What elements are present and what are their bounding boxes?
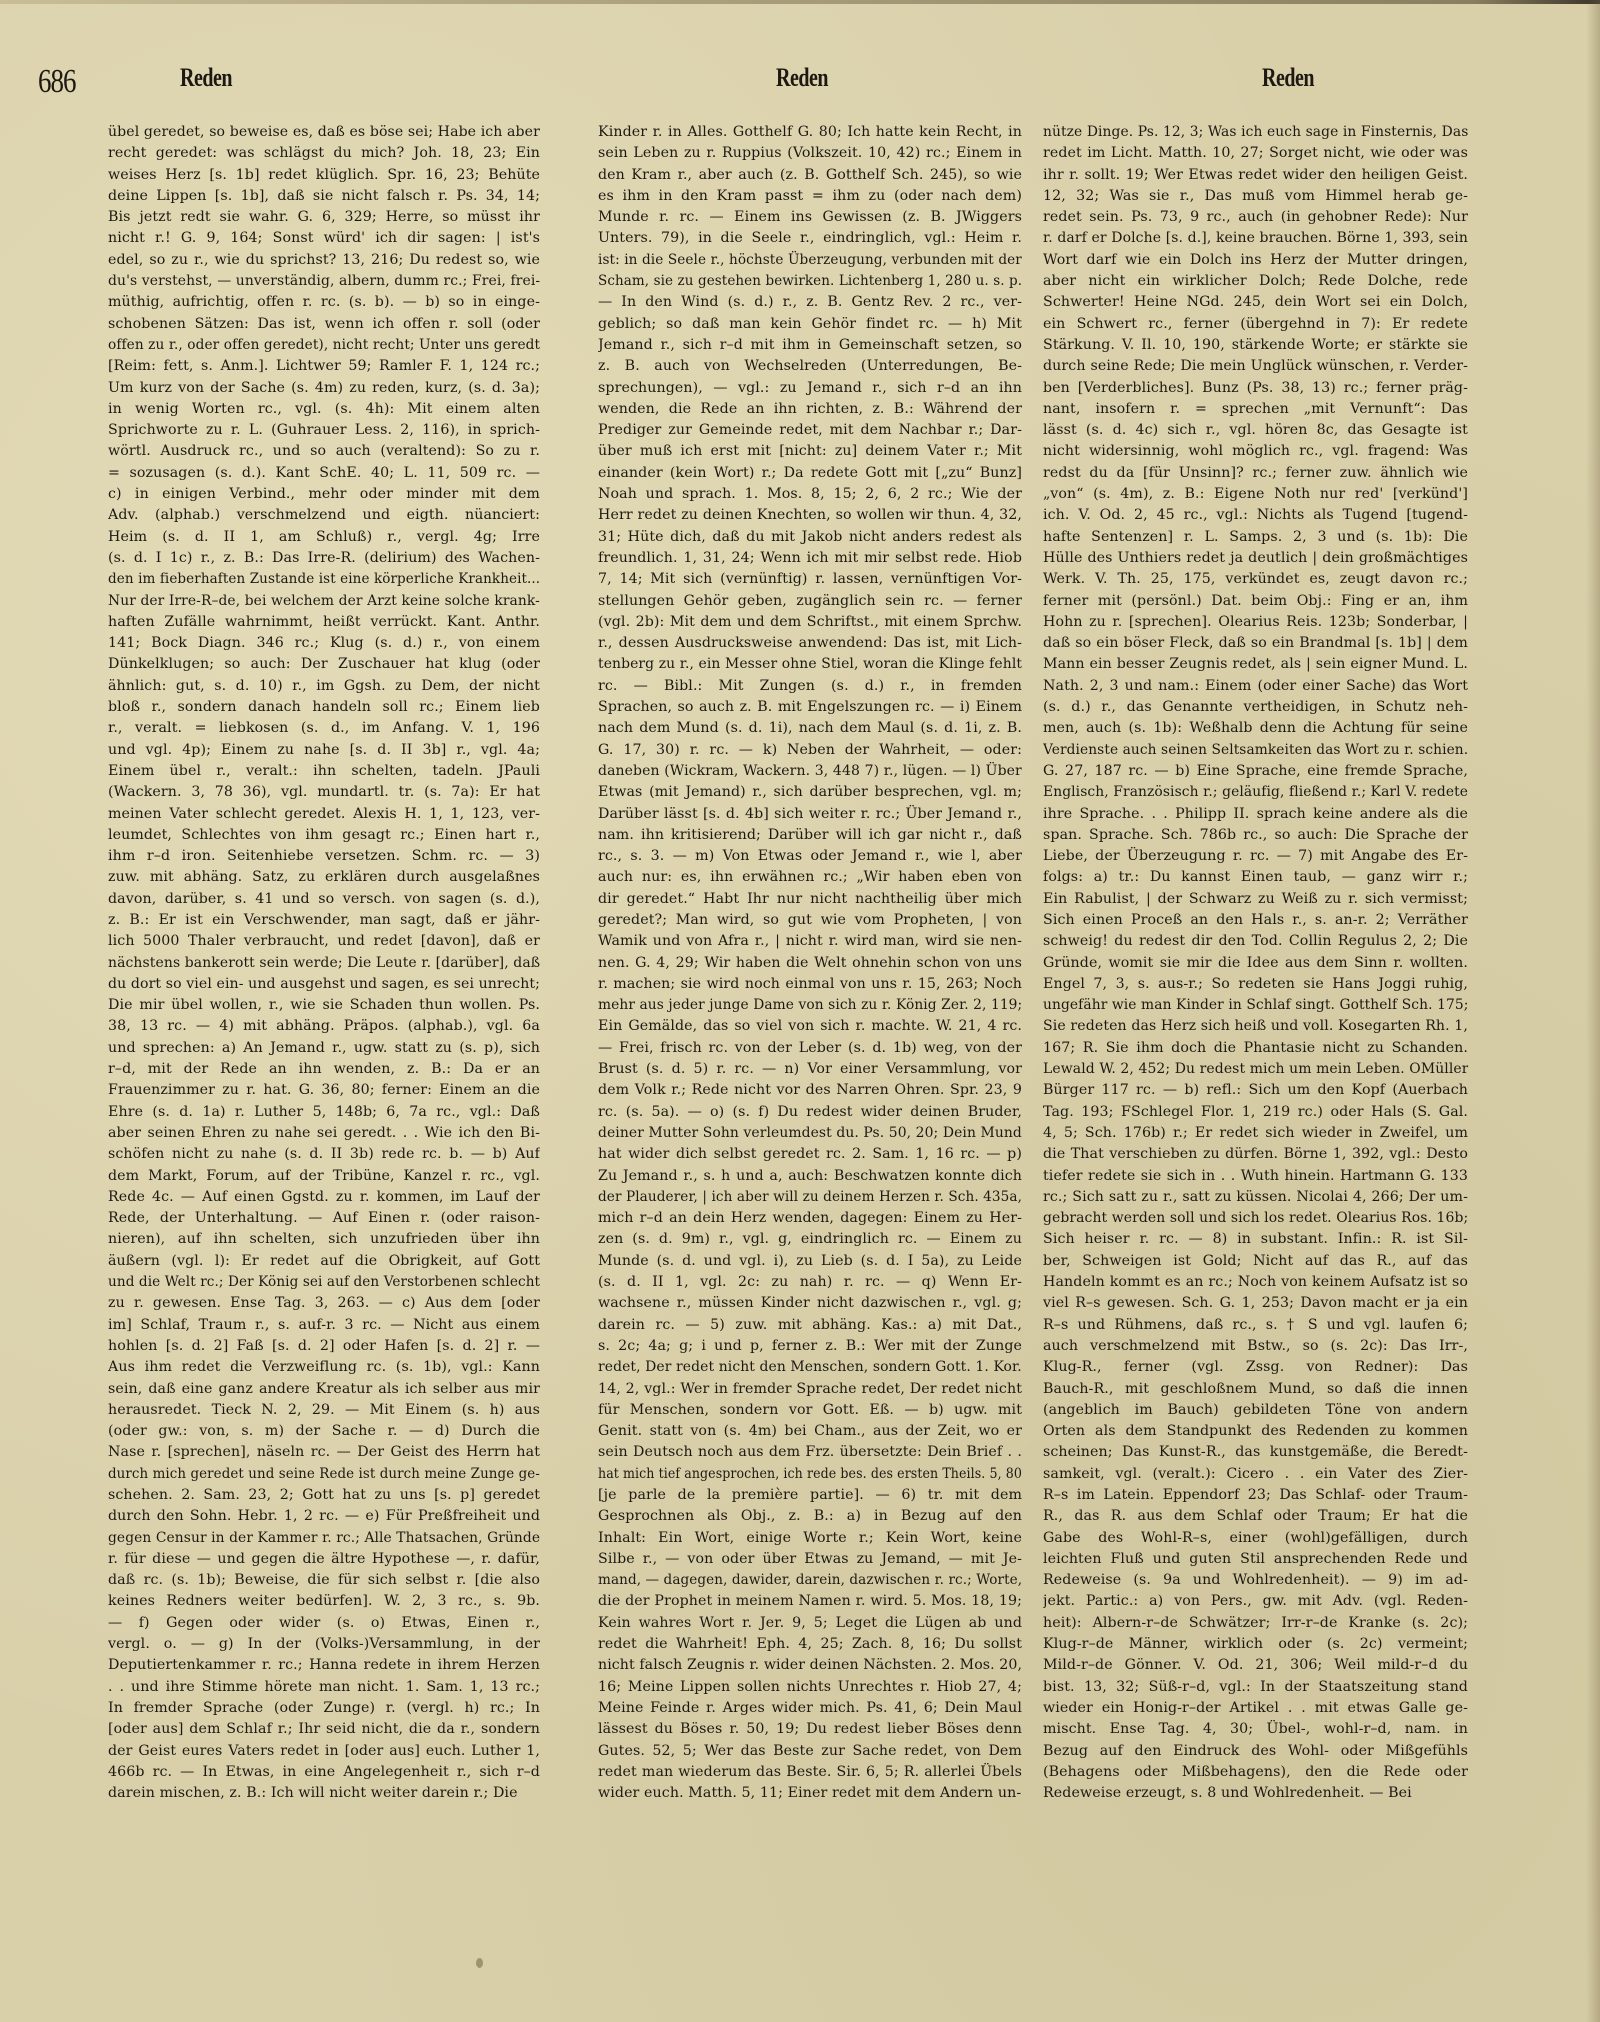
text-line: Mann ein besser Zeugnis redet, als | sei… <box>1043 654 1468 675</box>
text-line: durch mich geredet und seine Rede ist du… <box>108 1464 540 1485</box>
text-line: im] Schlaf, Traum r., s. auf-r. 3 rc. — … <box>108 1315 540 1336</box>
text-line: 38, 13 rc. — 4) mit abhäng. Präpos. (alp… <box>108 1016 540 1037</box>
text-line: rc. (s. 5a). — o) (s. f) Du redest wider… <box>598 1102 1022 1123</box>
text-line: Wamik und von Afra r., | nicht r. wird m… <box>598 931 1022 952</box>
text-line: vergl. o. — g) In der (Volks-)Versammlun… <box>108 1634 540 1655</box>
text-line: = sozusagen (s. d.). Kant SchE. 40; L. 1… <box>108 463 540 484</box>
text-line: darein mischen, z. B.: Ich will nicht we… <box>108 1783 540 1804</box>
running-head-right: Reden <box>1262 64 1314 94</box>
text-line: stellungen Gehör geben, zugänglich sein … <box>598 591 1022 612</box>
text-line: Prediger zur Gemeinde redet, mit dem Nac… <box>598 420 1022 441</box>
text-line: ihr r. sollt. 19; Wer Etwas redet wider … <box>1043 165 1468 186</box>
text-line: nütze Dinge. Ps. 12, 3; Was ich euch sag… <box>1043 122 1468 143</box>
text-line: [je parle de la première partie]. — 6) t… <box>598 1485 1022 1506</box>
text-line: Sich heiser r. rc. — 8) in substant. Inf… <box>1043 1229 1468 1250</box>
text-line: (vgl. 2b): Mit dem und dem Schriftst., m… <box>598 612 1022 633</box>
text-line: 141; Bock Diagn. 346 rc.; Klug (s. d.) r… <box>108 633 540 654</box>
text-line: R–s im Latein. Eppendorf 23; Das Schlaf-… <box>1043 1485 1468 1506</box>
text-line: Herr redet zu deinen Knechten, so wollen… <box>598 505 1022 526</box>
text-line: redet die Wahrheit! Eph. 4, 25; Zach. 8,… <box>598 1634 1022 1655</box>
text-line: Mild-r–de Gönner. V. Od. 21, 306; Weil m… <box>1043 1655 1468 1676</box>
text-line: bloß r., sondern danach handeln soll rc.… <box>108 697 540 718</box>
text-line: den Kram r., aber auch (z. B. Gotthelf S… <box>598 165 1022 186</box>
text-line: deiner Mutter Sohn verleumdest du. Ps. 5… <box>598 1123 1022 1144</box>
text-line: zuw. mit abhäng. Satz, zu erklären durch… <box>108 867 540 888</box>
text-line: r., veralt. = liebkosen (s. d., im Anfan… <box>108 718 540 739</box>
text-line: 7, 14; Mit sich (vernünftig) r. lassen, … <box>598 569 1022 590</box>
text-line: Sie redeten das Herz sich heiß und voll.… <box>1043 1016 1468 1037</box>
text-line: Tag. 193; FSchlegel Flor. 1, 219 rc.) od… <box>1043 1102 1468 1123</box>
text-line: (s. d.) r., das Genannte vertheidigen, i… <box>1043 697 1468 718</box>
text-line: Klug-r–de Männer, wirklich oder (s. 2c) … <box>1043 1634 1468 1655</box>
text-line: Handeln kommt es an rc.; Noch von keinem… <box>1043 1272 1468 1293</box>
running-head-center: Reden <box>776 64 828 94</box>
text-line: Lewald W. 2, 452; Du redest mich um mein… <box>1043 1059 1468 1080</box>
text-line: Wort darf wie ein Dolch ins Herz der Mut… <box>1043 250 1468 271</box>
text-line: 12, 32; Was sie r., Das muß vom Himmel h… <box>1043 186 1468 207</box>
text-line: rc.; Sich satt zu r., satt zu küssen. Ni… <box>1043 1187 1468 1208</box>
column-middle: Kinder r. in Alles. Gotthelf G. 80; Ich … <box>598 122 1022 1804</box>
text-line: sein, daß eine ganz andere Kreatur als i… <box>108 1379 540 1400</box>
text-line: — Frei, frisch rc. von der Leber (s. d. … <box>598 1038 1022 1059</box>
text-line: r. machen; sie wird noch einmal von uns … <box>598 974 1022 995</box>
text-line: 466b rc. — In Etwas, in eine Angelegenhe… <box>108 1762 540 1783</box>
text-line: rc., s. 3. — m) Von Etwas oder Jemand r.… <box>598 846 1022 867</box>
text-line: Silbe r., — von oder über Etwas zu Jeman… <box>598 1549 1022 1570</box>
text-line: haften Zufälle wahrnimmt, heißt verrückt… <box>108 612 540 633</box>
text-line: keines Redners weiter bedürfen]. W. 2, 3… <box>108 1591 540 1612</box>
text-line: geblich; so daß man kein Gehör findet rc… <box>598 314 1022 335</box>
running-head-left: Reden <box>180 64 232 94</box>
text-line: Bürger 117 rc. — b) refl.: Sich um den K… <box>1043 1080 1468 1101</box>
text-line: nach dem Mund (s. d. 1i), nach dem Maul … <box>598 718 1022 739</box>
text-line: ber, Schweigen ist Gold; Nicht auf das R… <box>1043 1251 1468 1272</box>
text-line: (oder gw.: von, s. m) der Sache r. — d) … <box>108 1421 540 1442</box>
text-line: der Geist eures Vaters redet in [oder au… <box>108 1741 540 1762</box>
text-line: nicht r.! G. 9, 164; Sonst würd' ich dir… <box>108 228 540 249</box>
text-line: herausredet. Tieck N. 2, 29. — Mit Einem… <box>108 1400 540 1421</box>
text-line: 167; R. Sie ihm doch die Phantasie nicht… <box>1043 1038 1468 1059</box>
text-line: daß so ein böser Fleck, daß so ein Brand… <box>1043 633 1468 654</box>
text-line: übel geredet, so beweise es, daß es böse… <box>108 122 540 143</box>
text-line: Schwerter! Heine NGd. 245, dein Wort sei… <box>1043 292 1468 313</box>
text-line: In fremder Sprache (oder Zunge) r. (verg… <box>108 1698 540 1719</box>
text-line: Klug-R., ferner (vgl. Zssg. von Redner):… <box>1043 1357 1468 1378</box>
text-line: Frauenzimmer zu r. hat. G. 36, 80; ferne… <box>108 1080 540 1101</box>
text-line: durch seine Rede; Die mein Unglück wünsc… <box>1043 356 1468 377</box>
text-line: gegen Censur in der Kammer r. rc.; Alle … <box>108 1528 540 1549</box>
text-line: schobenen Sätzen: Das ist, wenn ich offe… <box>108 314 540 335</box>
text-line: sprechungen), — vgl.: zu Jemand r., sich… <box>598 378 1022 399</box>
text-line: heit): Albern-r–de Schwätzer; Irr-r–de K… <box>1043 1613 1468 1634</box>
page-number: 686 <box>38 62 76 101</box>
text-line: ein Schwert rc., ferner (übergehnd in 7)… <box>1043 314 1468 335</box>
text-line: Die mir übel wollen, r., wie sie Schaden… <box>108 995 540 1016</box>
text-line: 31; Hüte dich, daß du mit Jakob nicht an… <box>598 527 1022 548</box>
text-line: Darüber lässt [s. d. 4b] sich weiter r. … <box>598 804 1022 825</box>
text-line: du's verstehst, — unverständig, albern, … <box>108 271 540 292</box>
text-line: der Plauderer, | ich aber will zu deinem… <box>598 1187 1022 1208</box>
text-line: Unters. 79), in die Seele r., eindringli… <box>598 228 1022 249</box>
text-line: mischt. Ense Tag. 4, 30; Übel-, wohl-r–d… <box>1043 1719 1468 1740</box>
text-line: mich r–d an dein Herz wenden, dagegen: E… <box>598 1208 1022 1229</box>
text-line: Ein Gemälde, das so viel von sich r. mac… <box>598 1016 1022 1037</box>
page-top-edge <box>0 0 1600 4</box>
text-line: die der Prophet in meinem Namen r. wird.… <box>598 1591 1022 1612</box>
text-line: mehr aus jeder junge Dame von sich zu r.… <box>598 995 1022 1016</box>
text-line: Brust (s. d. 5) r. rc. — n) Vor einer Ve… <box>598 1059 1022 1080</box>
text-line: nieren), auf ihn schelten, sich unzufrie… <box>108 1229 540 1250</box>
text-line: Deputiertenkammer r. rc.; Hanna redete i… <box>108 1655 540 1676</box>
text-line: Gesprochnen als Obj., z. B.: a) in Bezug… <box>598 1506 1022 1527</box>
text-line: mand, — dagegen, dawider, darein, dazwis… <box>598 1570 1022 1591</box>
text-line: Stärkung. V. Il. 10, 190, stärkende Wort… <box>1043 335 1468 356</box>
text-line: Orten als dem Standpunkt des Redenden zu… <box>1043 1421 1468 1442</box>
text-line: scheinen; Das Kunst-R., das kunstgemäße,… <box>1043 1442 1468 1463</box>
text-line: Adv. (alphab.) verschmelzend und eigth. … <box>108 505 540 526</box>
text-line: Gabe des Wohl-R–s, einer (wohl)gefällige… <box>1043 1528 1468 1549</box>
text-line: schöfen nicht zu nahe (s. d. II 3b) rede… <box>108 1144 540 1165</box>
text-line: durch den Sohn. Hebr. 1, 2 rc. — e) Für … <box>108 1506 540 1527</box>
text-line: auch nur: es, ihn erwähnen rc.; „Wir hab… <box>598 867 1022 888</box>
text-line: Sprachen, so auch z. B. mit Engelszungen… <box>598 697 1022 718</box>
text-line: Engel 7, 3, s. aus-r.; So redeten sie Ha… <box>1043 974 1468 995</box>
text-line: wenden, die Rede an ihn richten, z. B.: … <box>598 399 1022 420</box>
text-line: redet, Der redet nicht den Menschen, son… <box>598 1357 1022 1378</box>
text-line: nicht widersinnig, wohl möglich rc., vgl… <box>1043 441 1468 462</box>
text-line: leichten Fluß und guten Stil ansprechend… <box>1043 1549 1468 1570</box>
text-line: hohlen [s. d. 2] Faß [s. d. 2] oder Hafe… <box>108 1336 540 1357</box>
text-line: und sprechen: a) An Jemand r., ugw. stat… <box>108 1038 540 1059</box>
text-line: du dort so viel ein- und ausgehst und sa… <box>108 974 540 995</box>
text-line: Liebe, der Überzeugung r. rc. — 7) mit A… <box>1043 846 1468 867</box>
text-line: daneben (Wickram, Wackern. 3, 448 7) r.,… <box>598 761 1022 782</box>
text-line: aber nicht ein wirklicher Dolch; Rede Do… <box>1043 271 1468 292</box>
text-line: es ihm in den Kram passt = ihm zu (oder … <box>598 186 1022 207</box>
text-line: (Wackern. 3, 78 36), vgl. mundartl. tr. … <box>108 782 540 803</box>
text-line: Sich einen Proceß an den Hals r., s. an-… <box>1043 910 1468 931</box>
text-line: — f) Gegen oder wider (s. o) Etwas, Eine… <box>108 1613 540 1634</box>
page-right-edge-shadow <box>1586 0 1600 2022</box>
text-line: meinen Vater schlecht geredet. Alexis H.… <box>108 804 540 825</box>
text-line: nam. ihn kritisierend; Darüber will ich … <box>598 825 1022 846</box>
text-line: den im fieberhaften Zustande ist eine kö… <box>108 569 540 590</box>
text-line: Verdienste auch seinen Seltsamkeiten das… <box>1043 740 1468 761</box>
text-line: Gründe, womit sie mir die Idee aus dem S… <box>1043 953 1468 974</box>
text-line: rc. — Bibl.: Mit Zungen (s. d.) r., in f… <box>598 676 1022 697</box>
text-line: davon, darüber, s. 41 und so versch. von… <box>108 889 540 910</box>
text-line: gebracht werden soll und sich los redet.… <box>1043 1208 1468 1229</box>
text-line: Englisch, Französisch r.; geläufig, flie… <box>1043 782 1468 803</box>
text-line: „von“ (s. 4m), z. B.: Eigene Noth nur re… <box>1043 484 1468 505</box>
text-line: redet sein. Ps. 73, 9 rc., auch (in geho… <box>1043 207 1468 228</box>
text-line: nen. G. 4, 29; Wir haben die Welt ohnehi… <box>598 953 1022 974</box>
text-line: ihre Sprache. . . Philipp II. sprach kei… <box>1043 804 1468 825</box>
text-line: wider euch. Matth. 5, 11; Einer redet mi… <box>598 1783 1022 1804</box>
text-line: über muß ich erst mit [nicht: zu] deinem… <box>598 441 1022 462</box>
text-line: darein rc. — 5) zuw. mit abhäng. Kas.: a… <box>598 1315 1022 1336</box>
column-right: nütze Dinge. Ps. 12, 3; Was ich euch sag… <box>1043 122 1468 1804</box>
text-line: Werk. V. Th. 25, 175, verkündet es, zeug… <box>1043 569 1468 590</box>
text-line: G. 17, 30) r. rc. — k) Neben der Wahrhei… <box>598 740 1022 761</box>
text-line: ist: in die Seele r., höchste Überzeugun… <box>598 250 1022 271</box>
text-line: lich 5000 Thaler verbraucht, und redet [… <box>108 931 540 952</box>
text-line: ihm r–d iron. Seitenhiebe versetzen. Sch… <box>108 846 540 867</box>
text-line: Nath. 2, 3 und nam.: Einem (oder einer S… <box>1043 676 1468 697</box>
text-line: (angeblich im Bauch) gebildeten Töne von… <box>1043 1400 1468 1421</box>
text-line: tiefer redete sie sich in . . Wuth hinei… <box>1043 1166 1468 1187</box>
text-line: wieder ein Honig-r–der Artikel . . mit e… <box>1043 1698 1468 1719</box>
text-line: Munde (s. d. und vgl. i), zu Lieb (s. d.… <box>598 1251 1022 1272</box>
text-line: 14, 2, vgl.: Wer in fremder Sprache rede… <box>598 1379 1022 1400</box>
text-line: die That verschieben zu dürfen. Börne 1,… <box>1043 1144 1468 1165</box>
text-line: lässt (s. d. 4c) sich r., vgl. hören 8c,… <box>1043 420 1468 441</box>
text-line: Heim (s. d. II 1, am Schluß) r., vergl. … <box>108 527 540 548</box>
text-line: redet im Licht. Matth. 10, 27; Sorget ni… <box>1043 143 1468 164</box>
text-line: Nase r. [sprechen], näseln rc. — Der Gei… <box>108 1442 540 1463</box>
text-line: sein Deutsch noch aus dem Frz. übersetzt… <box>598 1442 1022 1463</box>
text-line: . . und ihre Stimme hörete man nicht. 1.… <box>108 1677 540 1698</box>
text-line: zen (s. d. 9m) r., vgl. g, eindringlich … <box>598 1229 1022 1250</box>
text-line: samkeit, vgl. (veralt.): Cicero . . ein … <box>1043 1464 1468 1485</box>
text-line: hat mich tief angesprochen, ich rede bes… <box>598 1464 1022 1485</box>
text-line: r., dessen Ausdrucksweise anwendend: Das… <box>598 633 1022 654</box>
text-line: Meine Feinde r. Arges wider mich. Ps. 41… <box>598 1698 1022 1719</box>
paper-stain <box>476 1958 483 1968</box>
text-line: Kein wahres Wort r. Jer. 9, 5; Leget die… <box>598 1613 1022 1634</box>
text-line: Dünkelklugen; so auch: Der Zuschauer hat… <box>108 654 540 675</box>
text-line: z. B.: Er ist ein Verschwender, man sagt… <box>108 910 540 931</box>
text-line: und vgl. 4p); Einem zu nahe [s. d. II 3b… <box>108 740 540 761</box>
text-line: [oder aus] dem Schlaf r.; Ihr seid nicht… <box>108 1719 540 1740</box>
text-line: ich. V. Od. 2, 45 rc., vgl.: Nichts als … <box>1043 505 1468 526</box>
text-line: nicht falsch Zeugnis r. wider deinen Näc… <box>598 1655 1022 1676</box>
text-line: R–s und Rühmens, daß rc., s. † S und vgl… <box>1043 1315 1468 1336</box>
text-line: viel R–s gewesen. Sch. G. 1, 253; Davon … <box>1043 1293 1468 1314</box>
text-line: und die Welt rc.; Der König sei auf den … <box>108 1272 540 1293</box>
text-line: (s. d. I 1c) r., z. B.: Das Irre-R. (del… <box>108 548 540 569</box>
text-line: Hülle des Unthiers redet ja deutlich | d… <box>1043 548 1468 569</box>
text-line: s. 2c; 4a; g; i und p, ferner z. B.: Wer… <box>598 1336 1022 1357</box>
text-line: Redeweise (s. 9a und Wohlredenheit). — 9… <box>1043 1570 1468 1591</box>
text-line: R., das R. aus dem Schlaf oder Traum; Er… <box>1043 1506 1468 1527</box>
text-line: redet man wiederum das Beste. Sir. 6, 5;… <box>598 1762 1022 1783</box>
text-line: lässest du Böses r. 50, 19; Du redest li… <box>598 1719 1022 1740</box>
text-line: men, auch (s. 1b): Weßhalb denn die Acht… <box>1043 718 1468 739</box>
text-line: leumdet, Schlechtes von ihm gesagt rc.; … <box>108 825 540 846</box>
text-line: nächstens bankerott sein werde; Die Leut… <box>108 953 540 974</box>
text-line: wörtl. Ausdruck rc., und so auch (veralt… <box>108 441 540 462</box>
text-line: Genit. statt von (s. 4m) bei Cham., aus … <box>598 1421 1022 1442</box>
column-left: übel geredet, so beweise es, daß es böse… <box>108 122 540 1804</box>
page-header: 686 Reden Reden Reden <box>0 62 1600 92</box>
text-line: daß rc. (s. 1b); Beweise, die für sich s… <box>108 1570 540 1591</box>
text-line: geredet?; Man wird, so gut wie vom Proph… <box>598 910 1022 931</box>
text-line: ähnlich: gut, s. d. 10) r., im Ggsh. zu … <box>108 676 540 697</box>
text-line: schweig! du redest dir den Tod. Collin R… <box>1043 931 1468 952</box>
text-line: 16; Meine Lippen sollen nichts Unrechtes… <box>598 1677 1022 1698</box>
text-line: tenberg zu r., ein Messer ohne Stiel, wo… <box>598 654 1022 675</box>
text-line: Bauch-R., mit geschloßnem Mund, so daß d… <box>1043 1379 1468 1400</box>
text-line: Rede, der Unterhaltung. — Auf Einen r. (… <box>108 1208 540 1229</box>
text-line: dir geredet.“ Habt Ihr nur nicht nachthe… <box>598 889 1022 910</box>
text-line: Jemand r., sich r–d mit ihm in Gemeinsch… <box>598 335 1022 356</box>
text-line: r–d, mit der Rede an ihn wenden, z. B.: … <box>108 1059 540 1080</box>
text-line: dem Volk r.; Rede nicht vor des Narren O… <box>598 1080 1022 1101</box>
text-line: folgs: a) tr.: Du kannst Einen taub, — g… <box>1043 867 1468 888</box>
text-line: nant, insofern r. = sprechen „mit Vernun… <box>1043 399 1468 420</box>
text-line: Bezug auf den Eindruck des Wohl- oder Mi… <box>1043 1741 1468 1762</box>
text-line: hafte Sentenzen] r. L. Samps. 2, 3 und (… <box>1043 527 1468 548</box>
text-line: — In den Wind (s. d.) r., z. B. Gentz Re… <box>598 292 1022 313</box>
text-line: Kinder r. in Alles. Gotthelf G. 80; Ich … <box>598 122 1022 143</box>
text-line: weises Herz [s. 1b] redet klüglich. Spr.… <box>108 165 540 186</box>
text-line: Inhalt: Ein Wort, einige Worte r.; Kein … <box>598 1528 1022 1549</box>
text-line: Zu Jemand r., s. h und a, auch: Beschwat… <box>598 1166 1022 1187</box>
text-line: Hohn zu r. [sprechen]. Olearius Reis. 12… <box>1043 612 1468 633</box>
text-line: z. B. auch von Wechselreden (Unterredung… <box>598 356 1022 377</box>
text-line: r. für diese — und gegen die ältre Hypot… <box>108 1549 540 1570</box>
text-line: in wenig Worten rc., vgl. (s. 4h): Mit e… <box>108 399 540 420</box>
text-line: 4, 5; Sch. 176b) r.; Er redet sich wiede… <box>1043 1123 1468 1144</box>
text-line: span. Sprache. Sch. 786b rc., so auch: D… <box>1043 825 1468 846</box>
text-line: wachsene r., müssen Kinder nicht dazwisc… <box>598 1293 1022 1314</box>
text-line: Um kurz von der Sache (s. 4m) zu reden, … <box>108 378 540 399</box>
text-line: Noah und sprach. 1. Mos. 8, 15; 2, 6, 2 … <box>598 484 1022 505</box>
text-line: Aus ihm redet die Verzweiflung rc. (s. 1… <box>108 1357 540 1378</box>
text-line: Ein Rabulist, | der Schwarz zu Weiß zu r… <box>1043 889 1468 910</box>
text-line: offen zu r., oder offen geredet), nicht … <box>108 335 540 356</box>
text-line: einander (kein Wort) r.; Da redete Gott … <box>598 463 1022 484</box>
text-line: Etwas (mit Jemand) r., sich darüber besp… <box>598 782 1022 803</box>
text-line: recht geredet: was schlägst du mich? Joh… <box>108 143 540 164</box>
text-line: ferner mit (persönl.) Dat. beim Obj.: Fi… <box>1043 591 1468 612</box>
text-line: Nur der Irre-R–de, bei welchem der Arzt … <box>108 591 540 612</box>
text-line: sein Leben zu r. Ruppius (Volkszeit. 10,… <box>598 143 1022 164</box>
text-line: Rede 4c. — Auf einen Ggstd. zu r. kommen… <box>108 1187 540 1208</box>
text-line: Einem übel r., veralt.: ihn schelten, ta… <box>108 761 540 782</box>
text-line: [Reim: fett, s. Anm.]. Lichtwer 59; Raml… <box>108 356 540 377</box>
text-line: r. darf er Dolche [s. d.], keine brauche… <box>1043 228 1468 249</box>
text-line: ben [Verderbliches]. Bunz (Ps. 38, 13) r… <box>1043 378 1468 399</box>
text-line: edel, so zu r., wie du sprichst? 13, 216… <box>108 250 540 271</box>
text-line: (Behagens oder Mißbehagens), den die Red… <box>1043 1762 1468 1783</box>
text-line: Sprichworte zu r. L. (Guhrauer Less. 2, … <box>108 420 540 441</box>
text-line: schehen. 2. Sam. 23, 2; Gott hat zu uns … <box>108 1485 540 1506</box>
text-line: (s. d. II 1, vgl. 2c: zu nah) r. rc. — q… <box>598 1272 1022 1293</box>
text-line: dem Markt, Forum, auf der Tribüne, Kanze… <box>108 1166 540 1187</box>
text-line: ungefähr wie man Kinder in Schlaf singt.… <box>1043 995 1468 1016</box>
text-line: Scham, sie zu gestehen bewirken. Lichten… <box>598 271 1022 292</box>
text-line: redst du da [für Unsinn]? rc.; ferner zu… <box>1043 463 1468 484</box>
text-line: aber seinen Ehren zu nahe sei geredt. . … <box>108 1123 540 1144</box>
text-line: für Menschen, sondern vor Gott. Eß. — b)… <box>598 1400 1022 1421</box>
text-line: jekt. Partic.: a) von Pers., gw. mit Adv… <box>1043 1591 1468 1612</box>
text-line: müthig, aufrichtig, offen r. rc. (s. b).… <box>108 292 540 313</box>
text-line: G. 27, 187 rc. — b) Eine Sprache, eine f… <box>1043 761 1468 782</box>
text-line: bist. 13, 32; Süß-r–d, vgl.: In der Staa… <box>1043 1677 1468 1698</box>
text-line: deine Lippen [s. 1b], daß sie nicht fals… <box>108 186 540 207</box>
text-line: auch verschmelzend mit Bstw., so (s. 2c)… <box>1043 1336 1468 1357</box>
text-line: Bis jetzt redt sie wahr. G. 6, 329; Herr… <box>108 207 540 228</box>
text-line: äußern (vgl. l): Er redet auf die Obrigk… <box>108 1251 540 1272</box>
text-line: zu r. gewesen. Ense Tag. 3, 263. — c) Au… <box>108 1293 540 1314</box>
text-line: hat wider dich selbst geredet rc. 2. Sam… <box>598 1144 1022 1165</box>
text-line: freundlich. 1, 31, 24; Wenn ich mit mir … <box>598 548 1022 569</box>
text-line: Ehre (s. d. 1a) r. Luther 5, 148b; 6, 7a… <box>108 1102 540 1123</box>
text-line: Munde r. rc. — Einem ins Gewissen (z. B.… <box>598 207 1022 228</box>
text-line: c) in einigen Verbind., mehr oder minder… <box>108 484 540 505</box>
text-line: Redeweise erzeugt, s. 8 und Wohlredenhei… <box>1043 1783 1468 1804</box>
text-line: Gutes. 52, 5; Wer das Beste zur Sache re… <box>598 1741 1022 1762</box>
